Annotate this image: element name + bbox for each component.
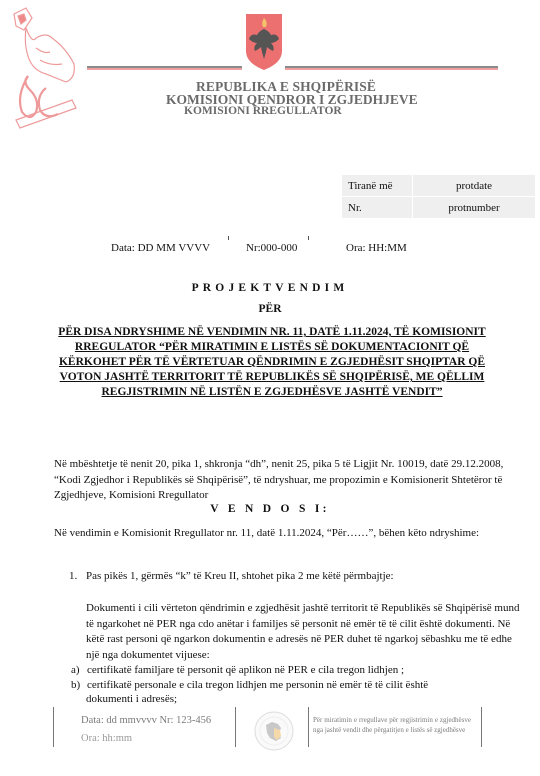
protocol-number-value[interactable]: protnumber <box>413 197 535 219</box>
footer-divider <box>308 707 309 747</box>
header-regulatory-commission: KOMISIONI RREGULLATOR <box>184 105 342 117</box>
albanian-eagle-emblem-icon <box>245 13 283 71</box>
list-item-text: Pas pikës 1, gërmës “k” të Kreu II, shto… <box>86 570 394 582</box>
decision-title: PËR DISA NDRYSHIME NË VENDIMIN NR. 11, D… <box>58 325 486 400</box>
protocol-row-date: Tiranë më protdate <box>342 175 535 197</box>
decides-heading: V E N D O S I: <box>0 503 540 515</box>
for-label: PËR <box>0 303 540 315</box>
meta-number: Nr:000-000 <box>246 242 297 254</box>
meta-time: Ora: HH:MM <box>346 242 407 254</box>
list-item-body: Dokumenti i cili vërteton qëndrimin e zg… <box>86 601 526 663</box>
subitem-label: a) <box>71 663 87 679</box>
protocol-table: Tiranë më protdate Nr. protnumber <box>342 175 535 219</box>
list-item-number: 1. <box>69 570 77 582</box>
intro-paragraph: Në vendimin e Komisionit Rregullator nr.… <box>54 526 524 542</box>
subitem-text: certifikatë personale e cila tregon lidh… <box>87 679 428 691</box>
footer-description: Për miratimin e rregullave për regjistri… <box>313 715 471 735</box>
footer-divider <box>235 707 236 747</box>
eighty-anniversary-logo-icon <box>6 4 80 132</box>
header-rule-left <box>87 66 242 70</box>
footer-divider <box>53 707 54 747</box>
protocol-date-value[interactable]: protdate <box>413 175 535 197</box>
meta-date: Data: DD MM VVVV <box>111 242 210 254</box>
divider-tick <box>308 236 309 240</box>
subitem-b: b)certifikatë personale e cila tregon li… <box>71 678 428 694</box>
footer-time: Ora: hh:mm <box>81 733 201 742</box>
subitem-label: b) <box>71 678 87 694</box>
document-type-title: PROJEKTVENDIM <box>0 282 540 294</box>
divider-tick <box>228 236 229 240</box>
header-rule-right <box>285 66 498 70</box>
footer-time-clip: Ora: hh:mm <box>81 733 201 742</box>
preamble-paragraph: Në mbështetje të nenit 20, pika 1, shkro… <box>54 457 524 504</box>
kqz-seal-icon <box>254 711 294 751</box>
subitem-a: a)certifikatë familjare të personit që a… <box>71 663 404 679</box>
protocol-number-label: Nr. <box>342 197 413 219</box>
footer-date-number: Data: dd mmvvvv Nr: 123-456 <box>81 715 211 726</box>
subitem-text: certifikatë familjare të personit që apl… <box>87 664 404 676</box>
protocol-row-number: Nr. protnumber <box>342 197 535 219</box>
footer-divider <box>481 707 482 747</box>
subitem-b-continuation: dokumenti i adresës; <box>86 693 177 705</box>
protocol-date-label: Tiranë më <box>342 175 413 197</box>
